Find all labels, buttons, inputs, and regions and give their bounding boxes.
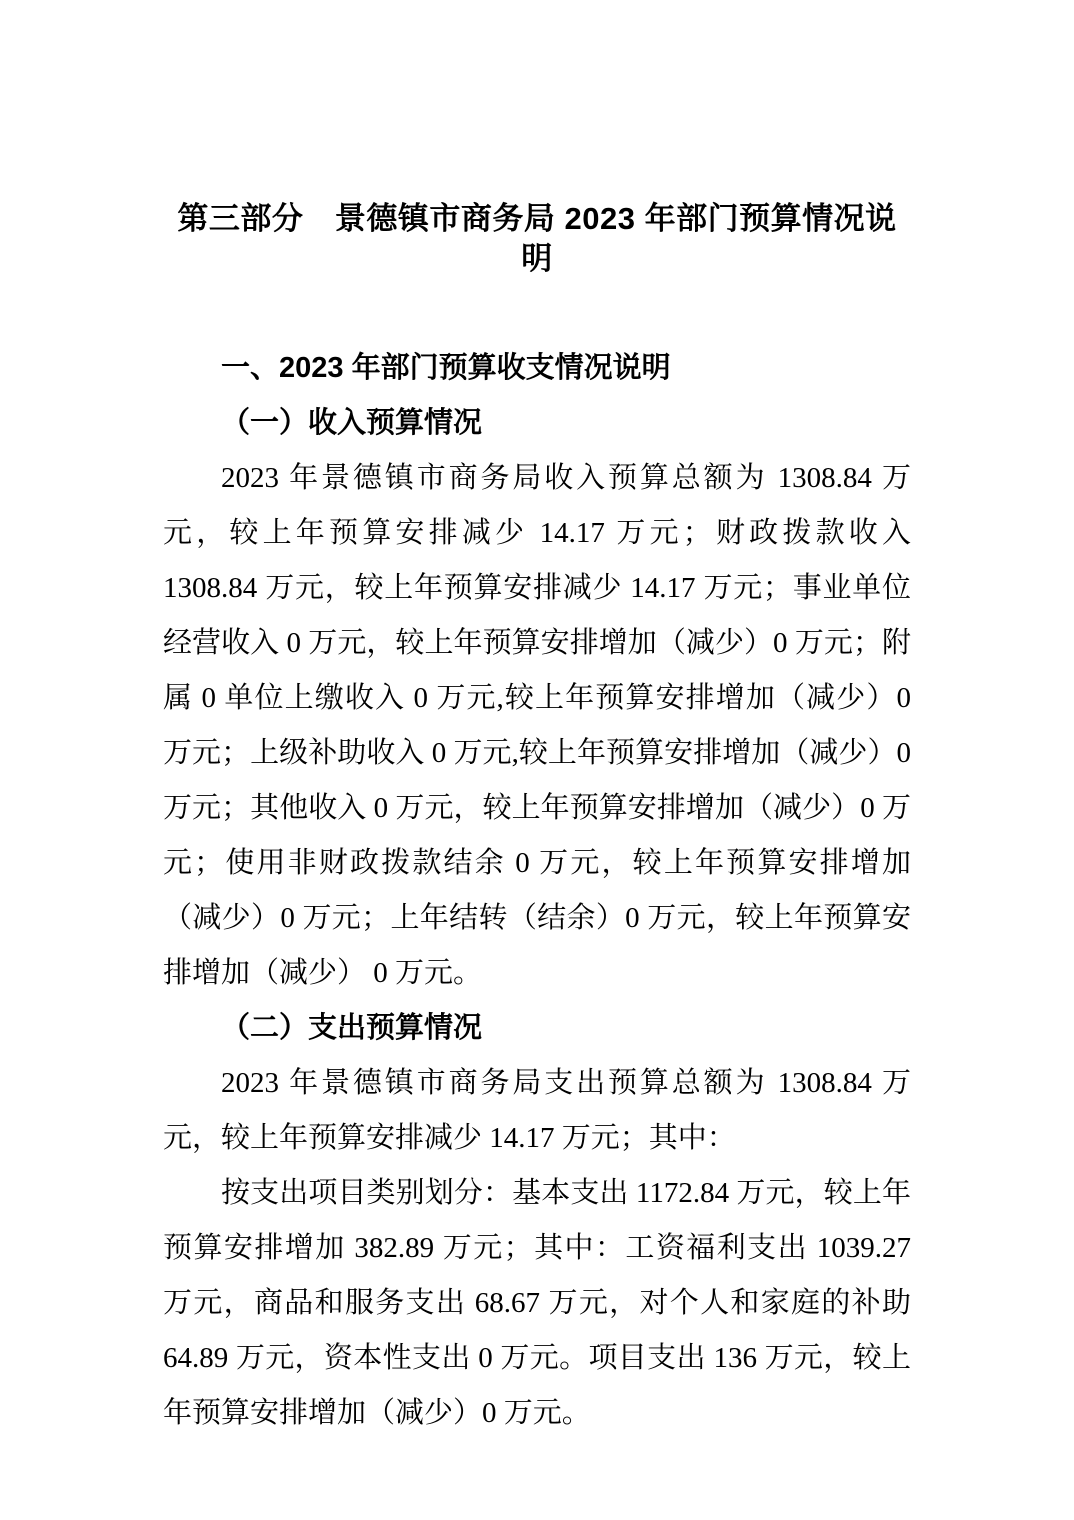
subsection-heading-expenditure: （二）支出预算情况 (163, 1001, 911, 1056)
document-page: 第三部分 景德镇市商务局 2023 年部门预算情况说明 一、2023 年部门预算… (0, 0, 1074, 1520)
title-spacer (163, 279, 911, 341)
section-heading-budget-overview: 一、2023 年部门预算收支情况说明 (163, 341, 911, 396)
income-budget-paragraph: 2023 年景德镇市商务局收入预算总额为 1308.84 万元，较上年预算安排减… (163, 451, 911, 1001)
subsection-heading-income: （一）收入预算情况 (163, 396, 911, 451)
expenditure-breakdown-paragraph: 按支出项目类别划分：基本支出 1172.84 万元，较上年预算安排增加 382.… (163, 1166, 911, 1441)
document-title: 第三部分 景德镇市商务局 2023 年部门预算情况说明 (163, 199, 911, 279)
expenditure-total-paragraph: 2023 年景德镇市商务局支出预算总额为 1308.84 万元，较上年预算安排减… (163, 1056, 911, 1166)
